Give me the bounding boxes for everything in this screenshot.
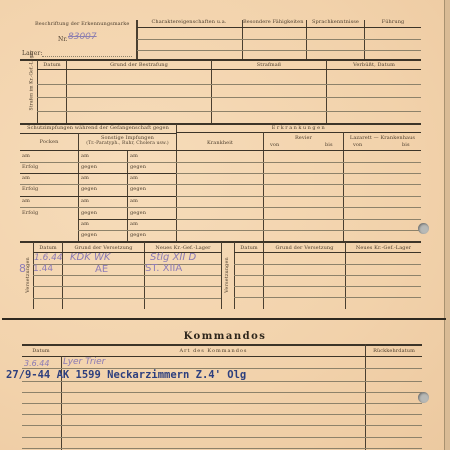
erk-col-krankheit: Krankheit: [177, 140, 263, 146]
col-charakter: Charaktereigenschaften u.a.: [140, 19, 238, 25]
kom-entry-1-art: Lyer Trier: [63, 357, 105, 367]
vers-left-col-lager: Neues Kr.-Gef.-Lager: [145, 245, 221, 251]
impfung-cell: am: [130, 153, 138, 159]
nr-label: Nr.: [58, 36, 68, 43]
col-fuehrung: Führung: [365, 19, 421, 25]
kom-col-rueckkehr: Rückkehrdatum: [366, 348, 422, 354]
kom-col-datum: Datum: [22, 348, 60, 354]
impfung-cell: Erfolg: [22, 164, 38, 170]
impfung-cell: am: [81, 221, 89, 227]
nr-value: 83007: [68, 32, 97, 42]
erk-col-lazarett-von: von: [353, 142, 362, 148]
strafen-side-label: Strafen im Kr.-Gef.-Lager: [30, 67, 35, 111]
erk-col-revier: Revier: [264, 135, 343, 141]
impfung-cell: am: [81, 153, 89, 159]
impfung-cell: gegen: [130, 164, 146, 170]
impfung-cell: gegen: [81, 164, 97, 170]
vers-entry-1-lager: Stlg XII D: [150, 252, 196, 263]
impfung-cell: gegen: [130, 210, 146, 216]
strafen-col-strafmass: Strafmaß: [212, 62, 326, 68]
impfung-cell: am: [22, 153, 30, 159]
vers-entry-2-lager: ST. XIIA: [145, 263, 182, 274]
punch-hole: [418, 392, 429, 403]
impfung-cell: Erfolg: [22, 210, 38, 216]
erk-col-revier-von: von: [270, 142, 279, 148]
vers-entry-1-datum: 1.6.44: [34, 253, 63, 263]
kom-col-art: Art des Kommandos: [62, 348, 365, 354]
vers-right-col-grund: Grund der Versetzung: [264, 245, 345, 251]
impfung-title: Schutzimpfungen während der Gefangenscha…: [20, 125, 176, 131]
vers-left-col-datum: Datum: [34, 245, 62, 251]
vers-entry-2-datum: 1.44: [33, 264, 53, 274]
strafen-col-grund: Grund der Bestrafung: [67, 62, 211, 68]
impfung-cell: am: [22, 198, 30, 204]
vers-entry-2-mark: 8: [19, 262, 26, 275]
card-fold-line: [2, 318, 446, 320]
erk-col-revier-bis: bis: [325, 142, 333, 148]
impfung-col-sonstige-sub: (Tr.-Paratyph., Ruhr, Cholera usw.): [79, 141, 176, 146]
erkrankungen-title: Erkrankungen: [177, 125, 421, 131]
punch-hole: [418, 223, 429, 234]
erk-col-lazarett: Lazarett — Krankenhaus: [344, 135, 421, 141]
impfung-cell: am: [130, 175, 138, 181]
impfung-cell: gegen: [81, 210, 97, 216]
lager-line: [42, 56, 132, 57]
strafen-col-datum: Datum: [38, 62, 66, 68]
impfung-col-pocken: Pocken: [20, 139, 78, 145]
erkennungsmarke-label: Beschriftung der Erkennungsmarke: [35, 21, 129, 27]
page-edge: [444, 0, 450, 450]
impfung-cell: am: [130, 221, 138, 227]
strafen-col-verbuesst: Verbüßt, Datum: [327, 62, 421, 68]
impfung-cell: Erfolg: [22, 186, 38, 192]
erk-col-lazarett-bis: bis: [402, 142, 410, 148]
versetzungen-side-label-right: Versetzungen: [224, 255, 230, 295]
vers-left-col-grund: Grund der Versetzung: [63, 245, 144, 251]
versetzungen-side-label-left: Versetzungen: [25, 255, 31, 295]
impfung-cell: gegen: [130, 232, 146, 238]
vers-entry-1-grund: KDK WK: [70, 252, 110, 263]
kom-entry-2-typed: 27/9-44 AK 1599 Neckarzimmern Z.4' Olg: [6, 369, 246, 381]
impfung-cell: am: [81, 175, 89, 181]
vers-right-col-lager: Neues Kr.-Gef.-Lager: [346, 245, 421, 251]
impfung-cell: gegen: [81, 232, 97, 238]
col-sprachen: Sprachkenntnisse: [307, 19, 364, 25]
impfung-cell: am: [22, 175, 30, 181]
kom-entry-1-datum: 3.6.44: [24, 359, 49, 368]
kommandos-title: Kommandos: [150, 331, 300, 342]
impfung-cell: gegen: [81, 186, 97, 192]
vers-entry-2-grund: AE: [95, 264, 108, 275]
impfung-cell: am: [81, 198, 89, 204]
col-faehigkeiten: Besondere Fähigkeiten: [243, 19, 303, 25]
impfung-cell: am: [130, 198, 138, 204]
impfung-cell: gegen: [130, 186, 146, 192]
vers-right-col-datum: Datum: [235, 245, 263, 251]
